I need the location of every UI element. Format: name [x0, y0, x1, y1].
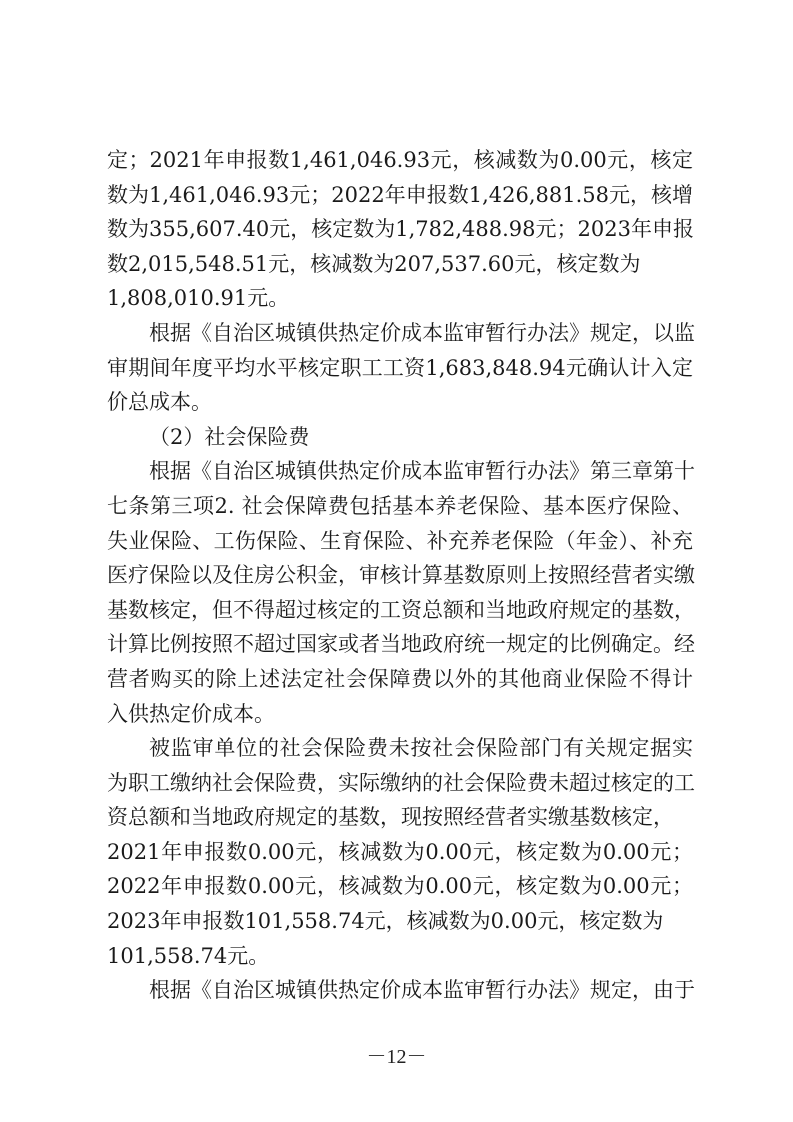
text-line: 2021年申报数0.00元，核减数为0.00元，核定数为0.00元； [107, 835, 693, 870]
text-line: 七条第三项2. 社会保障费包括基本养老保险、基本医疗保险、 [107, 489, 693, 524]
text-line: 数为355,607.40元，核定数为1,782,488.98元；2023年申报 [107, 212, 693, 247]
text-line: 为职工缴纳社会保险费，实际缴纳的社会保险费未超过核定的工 [107, 766, 693, 801]
paragraph-wage-conclusion: 根据《自治区城镇供热定价成本监审暂行办法》规定，以监 审期间年度平均水平核定职工… [107, 316, 693, 420]
paragraph-wage-figures-continued: 定；2021年申报数1,461,046.93元，核减数为0.00元，核定 数为1… [107, 143, 693, 316]
section-heading-social-insurance: （2）社会保险费 [107, 420, 693, 455]
text-line: 根据《自治区城镇供热定价成本监审暂行办法》规定，由于 [107, 973, 693, 1008]
text-line: 营者购买的除上述法定社会保障费以外的其他商业保险不得计 [107, 662, 693, 697]
text-line: 资总额和当地政府规定的基数，现按照经营者实缴基数核定， [107, 800, 693, 835]
paragraph-closing-start: 根据《自治区城镇供热定价成本监审暂行办法》规定，由于 [107, 973, 693, 1008]
text-line: 基数核定，但不得超过核定的工资总额和当地政府规定的基数， [107, 593, 693, 628]
text-line: 医疗保险以及住房公积金，审核计算基数原则上按照经营者实缴 [107, 558, 693, 593]
text-line: 计算比例按照不超过国家或者当地政府统一规定的比例确定。经 [107, 627, 693, 662]
text-line: 数2,015,548.51元，核减数为207,537.60元，核定数为 [107, 247, 693, 282]
text-line: 价总成本。 [107, 385, 693, 420]
paragraph-social-insurance-figures: 被监审单位的社会保险费未按社会保险部门有关规定据实 为职工缴纳社会保险费，实际缴… [107, 731, 693, 973]
text-line: 101,558.74元。 [107, 939, 693, 974]
text-line: 被监审单位的社会保险费未按社会保险部门有关规定据实 [107, 731, 693, 766]
text-line: 1,808,010.91元。 [107, 281, 693, 316]
text-line: 定；2021年申报数1,461,046.93元，核减数为0.00元，核定 [107, 143, 693, 178]
document-body: 定；2021年申报数1,461,046.93元，核减数为0.00元，核定 数为1… [107, 143, 693, 1008]
text-line: 根据《自治区城镇供热定价成本监审暂行办法》第三章第十 [107, 454, 693, 489]
page-number: －12－ [0, 1040, 793, 1069]
paragraph-social-insurance-rule: 根据《自治区城镇供热定价成本监审暂行办法》第三章第十 七条第三项2. 社会保障费… [107, 454, 693, 731]
text-line: 失业保险、工伤保险、生育保险、补充养老保险（年金）、补充 [107, 524, 693, 559]
text-line: 入供热定价成本。 [107, 697, 693, 732]
text-line: 根据《自治区城镇供热定价成本监审暂行办法》规定，以监 [107, 316, 693, 351]
text-line: 数为1,461,046.93元；2022年申报数1,426,881.58元，核增 [107, 178, 693, 213]
document-page: 定；2021年申报数1,461,046.93元，核减数为0.00元，核定 数为1… [0, 0, 793, 1122]
section-heading: （2）社会保险费 [107, 420, 693, 455]
text-line: 审期间年度平均水平核定职工工资1,683,848.94元确认计入定 [107, 351, 693, 386]
text-line: 2022年申报数0.00元，核减数为0.00元，核定数为0.00元； [107, 869, 693, 904]
text-line: 2023年申报数101,558.74元，核减数为0.00元，核定数为 [107, 904, 693, 939]
